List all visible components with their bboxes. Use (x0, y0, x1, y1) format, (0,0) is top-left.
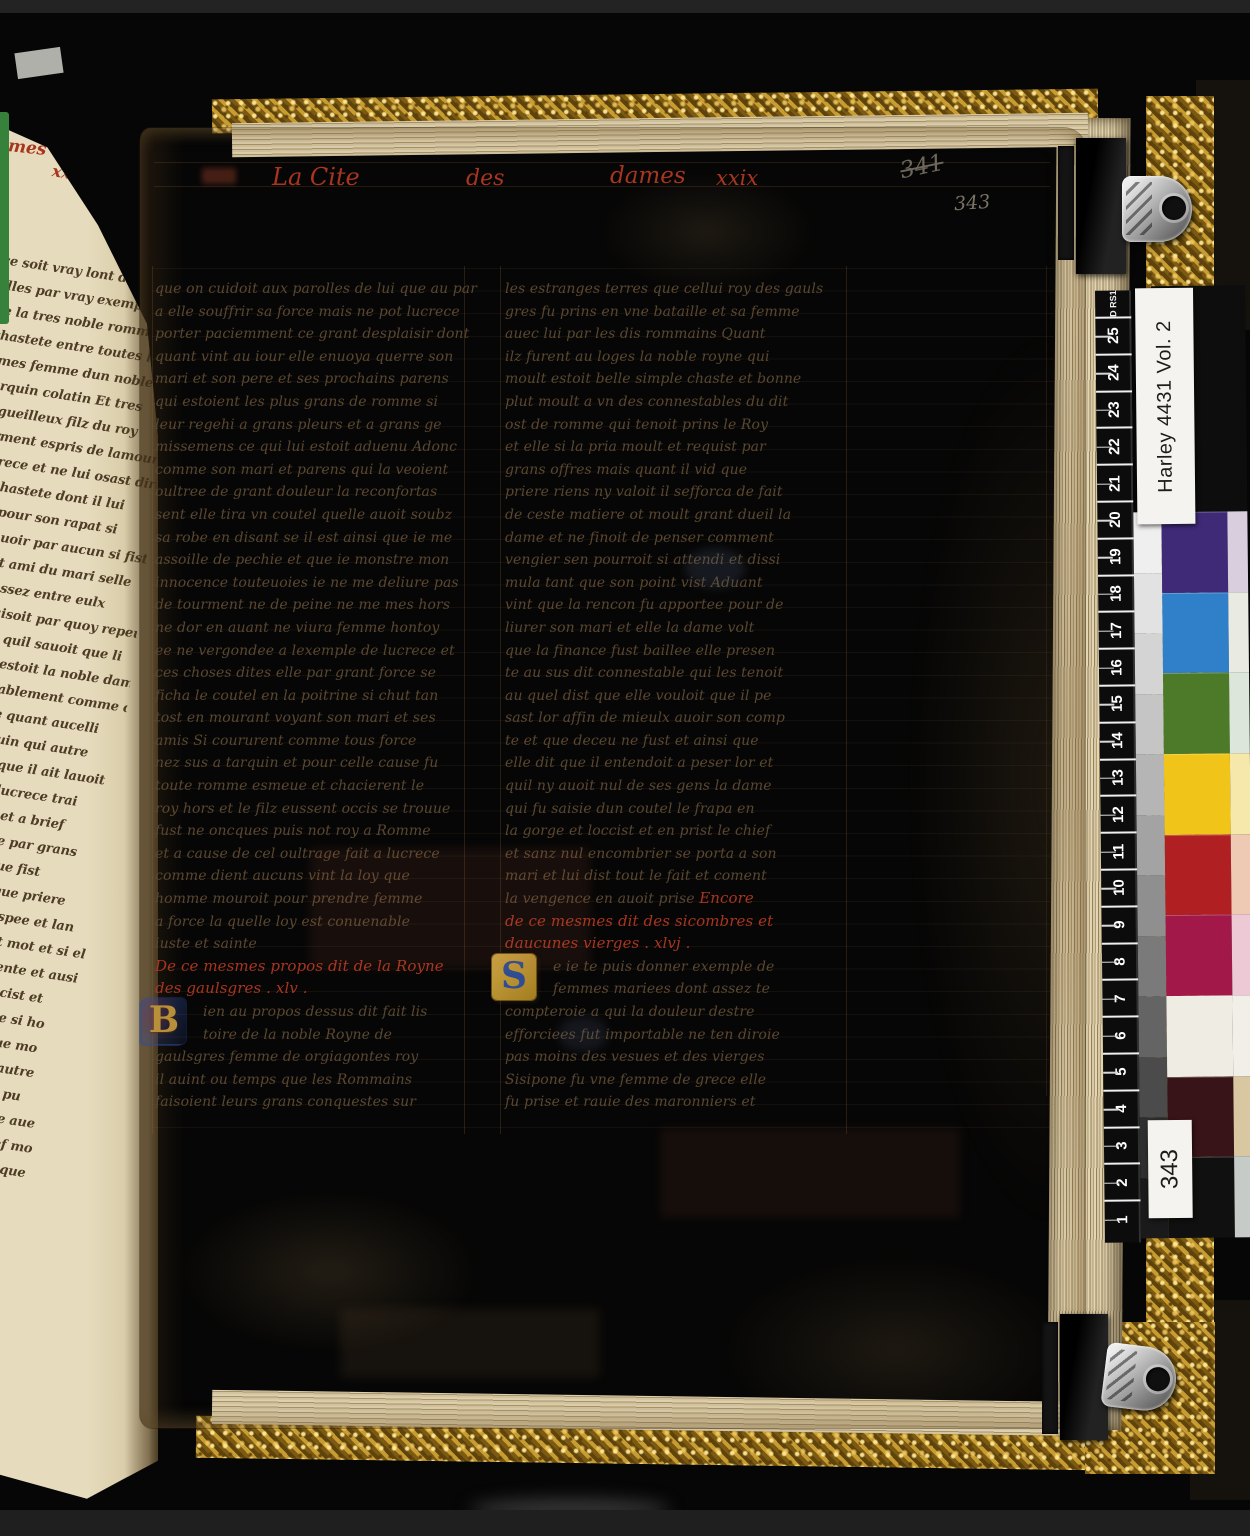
ruler-unit: 10 (1101, 868, 1137, 905)
line-text: tost en mourant voyant son mari et ses (155, 710, 436, 726)
manuscript-line: gres fu prins en vne bataille et sa femm… (505, 300, 847, 323)
manuscript-line: mari et son pere et ses prochains parens (155, 367, 469, 390)
line-text: ne dor en auant ne viura femme hontoy (155, 620, 439, 636)
line-text: sa robe en disant se il est ainsi que ie… (155, 530, 452, 546)
binder-clip-top (1056, 136, 1176, 282)
manuscript-line: et sanz nul encombrier se porta a son (505, 842, 847, 865)
line-text: amis Si coururent comme tous force (155, 733, 416, 749)
color-patch (1166, 995, 1233, 1076)
line-text: roy hors et le filz eussent occis se tro… (155, 801, 450, 817)
pale-color-patch (1232, 915, 1250, 996)
line-text: missemens ce qui lui estoit aduenu Adonc (155, 439, 457, 455)
line-text: qui fu saisie dun coutel le frapa en (505, 801, 755, 817)
ruler-unit: 6 (1103, 1016, 1139, 1053)
line-text: la gorge et loccist et en prist le chief (505, 823, 770, 839)
line-text: efforciees fut importable ne ten diroie (505, 1027, 780, 1043)
show-through-smudge (340, 1308, 600, 1378)
line-text: assoille de pechie et que ie monstre mon (155, 552, 449, 568)
grayscale-patch (1137, 875, 1166, 936)
line-text: oultree de grant douleur la reconfortas (155, 484, 437, 500)
manuscript-line: les estranges terres que cellui roy des … (505, 277, 847, 300)
manuscript-line: a elle souffrir sa force mais ne pot luc… (155, 300, 469, 323)
line-text: gaulsgres femme de orgiagontes roy (155, 1049, 418, 1065)
manuscript-line: sent elle tira vn coutel quelle auoit so… (155, 503, 469, 526)
ruler-unit: 8 (1102, 942, 1138, 979)
running-title-word: des (466, 166, 504, 191)
ruler-unit: 23 (1096, 390, 1132, 427)
ruler-number: 18 (1108, 585, 1125, 602)
shelfmark-label: Harley 4431 Vol. 2 (1135, 288, 1195, 525)
line-text: compteroie a qui la douleur destre (505, 1004, 755, 1020)
label-fragment (14, 47, 63, 79)
text-column-right: les estranges terres que cellui roy des … (505, 277, 847, 1113)
line-text: grans offres mais quant il vid que (505, 462, 747, 478)
show-through-smudge (660, 1128, 960, 1218)
ruler-unit: 18 (1098, 574, 1134, 611)
line-text: toute romme esmeue et chacierent le (155, 778, 424, 794)
ruler-number: 17 (1108, 622, 1125, 639)
manuscript-line: au quel dist que elle vouloit que il pe (505, 684, 847, 707)
manuscript-line: et a cause de cel oultrage fait a lucrec… (155, 842, 469, 865)
ruler-unit: 7 (1102, 979, 1138, 1016)
line-text: faisoient leurs grans conquestes sur (155, 1094, 416, 1110)
manuscript-line: e ie te puis donner exemple de (505, 955, 847, 978)
ruler-unit: 2 (1104, 1163, 1140, 1200)
manuscript-line: vint que la rencon fu apportee pour de (505, 593, 847, 616)
line-text: te au sus dit connestable qui les tenoit (505, 665, 783, 681)
manuscript-line: Sisipone fu vne femme de grece elle (505, 1068, 847, 1091)
green-target-sliver (0, 112, 9, 324)
line-text: priere riens ny valoit il sefforca de fa… (505, 484, 783, 500)
ruler-unit: 9 (1101, 905, 1137, 942)
manuscript-line: nez sus a tarquin et pour celle cause fu (155, 751, 469, 774)
ruler-unit: 24 (1096, 353, 1132, 390)
manuscript-line: fu prise et rauie des maronniers et (505, 1090, 847, 1113)
line-text: dame et ne finoit de penser comment (505, 530, 774, 546)
pale-color-patch (1232, 995, 1250, 1076)
binder-clip-bottom (1038, 1314, 1164, 1446)
binder-clip-prong (1042, 1322, 1058, 1434)
line-text: les estranges terres que cellui roy des … (505, 281, 823, 297)
pale-color-patch (1227, 511, 1248, 592)
ruler-unit: 25 (1095, 316, 1131, 353)
line-text: sast lor affin de mieulx auoir son comp (505, 710, 785, 726)
line-text: moult estoit belle simple chaste et bonn… (505, 371, 801, 387)
line-text: de tourment ne de peine ne me mes hors (155, 597, 450, 613)
line-text: fu prise et rauie des maronniers et (505, 1094, 756, 1110)
photo-edge-band-bottom (0, 1510, 1250, 1536)
line-text: gres fu prins en vne bataille et sa femm… (505, 304, 800, 320)
ruler-number: 6 (1112, 1031, 1129, 1040)
line-text: ee ne vergondee a lexemple de lucrece et (155, 643, 455, 659)
line-text: a elle souffrir sa force mais ne pot luc… (155, 304, 460, 320)
ruler-number: 19 (1107, 548, 1124, 565)
grayscale-patch (1135, 633, 1164, 694)
folio-label: 343 (1148, 1120, 1193, 1218)
manuscript-line: il auint ou temps que les Rommains (155, 1068, 469, 1091)
manuscript-line: qui fu saisie dun coutel le frapa en (505, 797, 847, 820)
ruler-number: 7 (1112, 994, 1129, 1003)
manuscript-line: que la finance fust baillee elle presen (505, 639, 847, 662)
manuscript-line: efforciees fut importable ne ten diroie (505, 1023, 847, 1046)
pale-color-patch (1230, 753, 1250, 834)
manuscript-line: te au sus dit connestable qui les tenoit (505, 661, 847, 684)
manuscript-line: moult estoit belle simple chaste et bonn… (505, 367, 847, 390)
line-text: auec lui par les dis rommains Quant (505, 326, 765, 342)
ruler-number: 11 (1110, 843, 1127, 859)
manuscript-line: de tourment ne de peine ne me mes hors (155, 593, 469, 616)
ruler-unit: 17 (1098, 611, 1134, 648)
grayscale-patch (1136, 754, 1165, 815)
ruler-unit: 16 (1099, 648, 1135, 685)
line-rubric-text: des gaulsgres . xlv . (155, 979, 308, 997)
manuscript-line: te et que deceu ne fust et ainsi que (505, 729, 847, 752)
ruler-unit: 15 (1099, 684, 1135, 721)
line-text: femmes mariees dont assez te (553, 981, 770, 997)
line-text: quil ny auoit nul de ses gens la dame (505, 778, 772, 794)
ruler-unit: 20 (1097, 500, 1133, 537)
line-text: ficha le coutel en la poitrine si chut t… (155, 688, 438, 704)
line-text: et a cause de cel oultrage fait a lucrec… (155, 846, 440, 862)
line-text: sent elle tira vn coutel quelle auoit so… (155, 507, 452, 523)
line-text: a force la quelle loy est conuenable (155, 914, 410, 930)
ruler-unit: 4 (1103, 1089, 1139, 1126)
color-calibration-target: D RS1 2524232221201918171615141312111098… (1095, 285, 1250, 1249)
line-text: ces choses dites elle par grant force se (155, 665, 436, 681)
line-text: comme dient aucuns vint la loy que (155, 868, 410, 884)
manuscript-line: toute romme esmeue et chacierent le (155, 774, 469, 797)
photo-edge-band-top (0, 0, 1250, 13)
ruler-unit: 14 (1100, 721, 1136, 758)
line-text: mula tant que son point vist Aduant (505, 575, 763, 591)
running-title-word: xxix (716, 166, 758, 190)
decorated-initial-left: B (142, 998, 186, 1044)
manuscript-line: sast lor affin de mieulx auoir son comp (505, 706, 847, 729)
line-text: et sanz nul encombrier se porta a son (505, 846, 777, 862)
line-rubric-text: Encore (699, 889, 754, 907)
recto-page: La Citedesdamesxxix 341 343 que on cuido… (140, 128, 1085, 1428)
grayscale-patch (1134, 573, 1163, 634)
manuscript-line: porter paciemment ce grant desplaisir do… (155, 322, 469, 345)
manuscript-line: et elle si la pria moult et requist par (505, 435, 847, 458)
line-text: mari et son pere et ses prochains parens (155, 371, 449, 387)
line-text: comme son mari et parens qui la veoient (155, 462, 448, 478)
binder-clip-body (1060, 1314, 1108, 1440)
pencil-foliation: 343 (953, 191, 991, 215)
line-text: fust ne oncques puis not roy a Romme (155, 823, 431, 839)
manuscript-line: De ce mesmes propos dit de la Royne (155, 955, 469, 978)
line-text: liurer son mari et elle la dame volt (505, 620, 754, 636)
line-text: la vengence en auoit prise (505, 891, 699, 907)
ruler-unit: 21 (1097, 464, 1133, 501)
binder-clip-handle (1122, 176, 1192, 242)
manuscript-line: daucunes vierges . xlvj . (505, 932, 847, 955)
color-patch (1162, 592, 1229, 673)
manuscript-line: la vengence en auoit prise Encore (505, 887, 847, 910)
line-text: vengier sen pourroit si attendi et dissi (505, 552, 780, 568)
manuscript-line: ilz furent au loges la noble royne qui (505, 345, 847, 368)
manuscript-line: femmes mariees dont assez te (505, 977, 847, 1000)
pale-color-patch (1231, 834, 1250, 915)
manuscript-line: tost en mourant voyant son mari et ses (155, 706, 469, 729)
text-column-left: que on cuidoit aux parolles de lui que a… (155, 277, 469, 1113)
ruler-unit: 11 (1101, 832, 1137, 869)
ruler-number: 3 (1113, 1141, 1130, 1150)
ruler-unit: 22 (1096, 427, 1132, 464)
line-text: innocence touteuoies ie ne me deliure pa… (155, 575, 459, 591)
ruler-number: 5 (1113, 1068, 1130, 1077)
manuscript-line: auec lui par les dis rommains Quant (505, 322, 847, 345)
manuscript-line: liurer son mari et elle la dame volt (505, 616, 847, 639)
line-text: que la finance fust baillee elle presen (505, 643, 775, 659)
line-text: porter paciemment ce grant desplaisir do… (155, 326, 469, 342)
grayscale-patch (1138, 996, 1167, 1057)
manuscript-line: comme son mari et parens qui la veoient (155, 458, 469, 481)
grayscale-patch (1139, 1057, 1168, 1118)
ruler-unit: 13 (1100, 758, 1136, 795)
ruler-number: 25 (1105, 328, 1122, 345)
line-text: homme mouroit pour prendre femme (155, 891, 423, 907)
pale-color-patch (1229, 673, 1250, 754)
line-text: toire de la noble Royne de (203, 1027, 392, 1043)
binder-clip-handle-hole (1162, 196, 1186, 220)
manuscript-line: mula tant que son point vist Aduant (505, 571, 847, 594)
verso-page-strip: mes xxxv ce soit vray lont desmentielles… (0, 98, 158, 1510)
line-text: qui estoient les plus grans de romme si (155, 394, 438, 410)
manuscript-line: de ceste matiere ot moult grant dueil la (505, 503, 847, 526)
binder-clip-prong (1058, 146, 1074, 260)
line-text: ost de romme qui tenoit prins le Roy (505, 417, 768, 433)
ruler-code-text: D RS1 (1108, 290, 1118, 317)
manuscript-line: elle dit que il entendoit a peser lor et (505, 751, 847, 774)
manuscript-line: amis Si coururent comme tous force (155, 729, 469, 752)
line-text: il auint ou temps que les Rommains (155, 1072, 412, 1088)
line-rubric-text: daucunes vierges . xlvj . (505, 934, 691, 952)
ruler-number: 21 (1106, 475, 1123, 492)
ruler-number: 12 (1110, 806, 1127, 823)
line-text: ien au propos dessus dit fait lis (203, 1004, 427, 1020)
pale-color-patch (1233, 1076, 1250, 1157)
binder-clip-body (1076, 138, 1126, 274)
manuscript-line: leur regehi a grans pleurs et a grans ge (155, 413, 469, 436)
verso-numeral-fragment: xxxv (51, 161, 91, 186)
manuscript-line: des gaulsgres . xlv . (155, 977, 469, 1000)
manuscript-line: assoille de pechie et que ie monstre mon (155, 548, 469, 571)
manuscript-line: dame et ne finoit de penser comment (505, 526, 847, 549)
column-rule (500, 266, 501, 1134)
ruler-number: 22 (1106, 438, 1123, 455)
manuscript-line: ne dor en auant ne viura femme hontoy (155, 616, 469, 639)
ruler-unit: 3 (1104, 1126, 1140, 1163)
manuscript-line: ces choses dites elle par grant force se (155, 661, 469, 684)
grayscale-patch (1135, 694, 1164, 755)
ruler-number: 1 (1114, 1215, 1131, 1224)
ruler-number: 14 (1109, 732, 1126, 749)
ruler-number: 20 (1107, 512, 1124, 529)
manuscript-line: qui estoient les plus grans de romme si (155, 390, 469, 413)
ruler-number: 10 (1111, 880, 1128, 897)
line-text: nez sus a tarquin et pour celle cause fu (155, 755, 438, 771)
manuscript-line: ien au propos dessus dit fait lis (155, 1000, 469, 1023)
manuscript-line: ee ne vergondee a lexemple de lucrece et (155, 639, 469, 662)
manuscript-line: missemens ce qui lui estoit aduenu Adonc (155, 435, 469, 458)
running-title-word: La Cite (272, 163, 360, 191)
manuscript-line: oultree de grant douleur la reconfortas (155, 480, 469, 503)
ruler-number: 24 (1105, 364, 1122, 381)
color-patch (1163, 673, 1230, 754)
ruler-number: 8 (1111, 957, 1128, 966)
ruler-number: 16 (1108, 659, 1125, 676)
line-text: pas moins des vesues et des vierges (505, 1049, 765, 1065)
manuscript-line: faisoient leurs grans conquestes sur (155, 1090, 469, 1113)
manuscript-line: compteroie a qui la douleur destre (505, 1000, 847, 1023)
manuscript-line: mari et lui dist tout le fait et coment (505, 864, 847, 887)
manuscript-photograph: mes xxxv ce soit vray lont desmentielles… (0, 0, 1250, 1536)
pale-color-patch (1234, 1157, 1250, 1238)
folio-label-text: 343 (1156, 1149, 1184, 1189)
manuscript-line: fust ne oncques puis not roy a Romme (155, 819, 469, 842)
manuscript-line: pas moins des vesues et des vierges (505, 1045, 847, 1068)
line-text: mari et lui dist tout le fait et coment (505, 868, 767, 884)
manuscript-line: a force la quelle loy est conuenable (155, 910, 469, 933)
ruler-number: 15 (1109, 696, 1126, 713)
decorated-initial-right: S (492, 954, 536, 1000)
margin-rule (1046, 266, 1047, 1096)
color-patch (1166, 915, 1233, 996)
line-text: vint que la rencon fu apportee pour de (505, 597, 783, 613)
binder-clip-handle-hole (1145, 1366, 1172, 1393)
line-text: te et que deceu ne fust et ainsi que (505, 733, 759, 749)
color-patch (1165, 834, 1232, 915)
manuscript-line: quil ny auoit nul de ses gens la dame (505, 774, 847, 797)
line-text: e ie te puis donner exemple de (553, 959, 774, 975)
ruler-number: 23 (1106, 401, 1123, 418)
ruler-unit: 1 (1105, 1200, 1141, 1237)
manuscript-line: priere riens ny valoit il sefforca de fa… (505, 480, 847, 503)
grayscale-patch (1138, 936, 1167, 997)
manuscript-line: roy hors et le filz eussent occis se tro… (155, 797, 469, 820)
shelfmark-label-text: Harley 4431 Vol. 2 (1153, 320, 1178, 493)
manuscript-line: grans offres mais quant il vid que (505, 458, 847, 481)
ruler-unit: 12 (1100, 795, 1136, 832)
manuscript-line: plut moult a vn des connestables du dit (505, 390, 847, 413)
manuscript-line: innocence touteuoies ie ne me deliure pa… (155, 571, 469, 594)
running-title-word: dames (610, 163, 686, 189)
line-text: ilz furent au loges la noble royne qui (505, 349, 770, 365)
manuscript-line: toire de la noble Royne de (155, 1023, 469, 1046)
ruler-number: 9 (1111, 920, 1128, 929)
manuscript-line: iuste et sainte (155, 932, 469, 955)
manuscript-line: sa robe en disant se il est ainsi que ie… (155, 526, 469, 549)
grayscale-patch (1136, 815, 1165, 876)
line-text: plut moult a vn des connestables du dit (505, 394, 788, 410)
ruler-number: 13 (1110, 769, 1127, 786)
manuscript-line: que on cuidoit aux parolles de lui que a… (155, 277, 469, 300)
line-text: que on cuidoit aux parolles de lui que a… (155, 281, 477, 297)
manuscript-line: homme mouroit pour prendre femme (155, 887, 469, 910)
color-patch (1164, 753, 1231, 834)
line-rubric-text: De ce mesmes propos dit de la Royne (155, 957, 444, 975)
line-text: quant vint au iour elle enuoya querre so… (155, 349, 453, 365)
manuscript-line: de ce mesmes dit des sicombres et (505, 910, 847, 933)
line-text: Sisipone fu vne femme de grece elle (505, 1072, 766, 1088)
manuscript-line: comme dient aucuns vint la loy que (155, 864, 469, 887)
line-text: de ceste matiere ot moult grant dueil la (505, 507, 791, 523)
line-text: elle dit que il entendoit a peser lor et (505, 755, 773, 771)
manuscript-line: vengier sen pourroit si attendi et dissi (505, 548, 847, 571)
verso-running-title-fragment: mes (7, 136, 47, 160)
line-text: au quel dist que elle vouloit que il pe (505, 688, 771, 704)
ruler-number: 4 (1113, 1104, 1130, 1113)
line-text: et elle si la pria moult et requist par (505, 439, 766, 455)
line-text: iuste et sainte (155, 936, 257, 952)
ruler-unit: 19 (1098, 537, 1134, 574)
manuscript-line: ost de romme qui tenoit prins le Roy (505, 413, 847, 436)
manuscript-line: gaulsgres femme de orgiagontes roy (155, 1045, 469, 1068)
line-rubric-text: de ce mesmes dit des sicombres et (505, 912, 773, 930)
ruler-unit: 5 (1103, 1052, 1139, 1089)
manuscript-line: ficha le coutel en la poitrine si chut t… (155, 684, 469, 707)
ruler-top-code: D RS1 (1095, 290, 1131, 316)
manuscript-line: la gorge et loccist et en prist le chief (505, 819, 847, 842)
line-text: leur regehi a grans pleurs et a grans ge (155, 417, 442, 433)
pale-color-patch (1228, 592, 1249, 673)
ruler-number: 2 (1114, 1178, 1131, 1187)
manuscript-line: quant vint au iour elle enuoya querre so… (155, 345, 469, 368)
